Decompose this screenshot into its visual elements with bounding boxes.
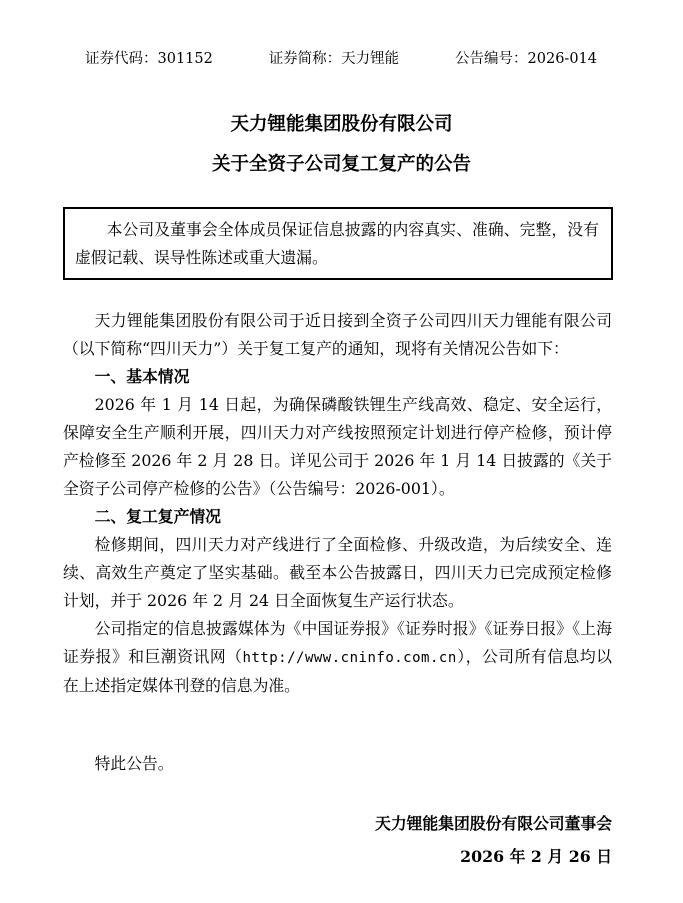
document-body: 天力锂能集团股份有限公司于近日接到全资子公司四川天力锂能有限公司（以下简称“四川… bbox=[63, 307, 612, 873]
intro-paragraph: 天力锂能集团股份有限公司于近日接到全资子公司四川天力锂能有限公司（以下简称“四川… bbox=[63, 307, 612, 363]
announcement-title: 关于全资子公司复工复产的公告 bbox=[0, 152, 683, 178]
stock-short-name: 证券简称：天力锂能 bbox=[269, 50, 400, 68]
signature-block: 天力锂能集团股份有限公司董事会 2026 年 2 月 26 日 bbox=[63, 807, 612, 873]
announcement-document: 证券代码：301152 证券简称：天力锂能 公告编号：2026-014 天力锂能… bbox=[0, 0, 683, 903]
section2-heading: 二、复工复产情况 bbox=[63, 503, 612, 531]
section1-paragraph: 2026 年 1 月 14 日起，为确保磷酸铁锂生产线高效、稳定、安全运行，保障… bbox=[63, 391, 612, 503]
section2-paragraph: 检修期间，四川天力对产线进行了全面检修、升级改造，为后续安全、连续、高效生产奠定… bbox=[63, 531, 612, 615]
stock-code: 证券代码：301152 bbox=[85, 50, 213, 68]
disclaimer-text: 本公司及董事会全体成员保证信息披露的内容真实、准确、完整，没有虚假记载、误导性陈… bbox=[75, 216, 599, 272]
announcement-number: 公告编号：2026-014 bbox=[455, 50, 597, 68]
disclaimer-box: 本公司及董事会全体成员保证信息披露的内容真实、准确、完整，没有虚假记载、误导性陈… bbox=[63, 207, 613, 280]
closing-paragraph: 特此公告。 bbox=[63, 750, 612, 778]
section1-heading: 一、基本情况 bbox=[63, 363, 612, 391]
media-paragraph: 公司指定的信息披露媒体为《中国证券报》《证券时报》《证券日报》《上海证券报》和巨… bbox=[63, 615, 612, 700]
document-header: 证券代码：301152 证券简称：天力锂能 公告编号：2026-014 bbox=[85, 50, 597, 68]
signature-company: 天力锂能集团股份有限公司董事会 bbox=[63, 807, 612, 840]
cninfo-url: http://www.cninfo.com.cn bbox=[242, 650, 456, 666]
company-title: 天力锂能集团股份有限公司 bbox=[0, 112, 683, 138]
signature-date: 2026 年 2 月 26 日 bbox=[63, 840, 612, 873]
